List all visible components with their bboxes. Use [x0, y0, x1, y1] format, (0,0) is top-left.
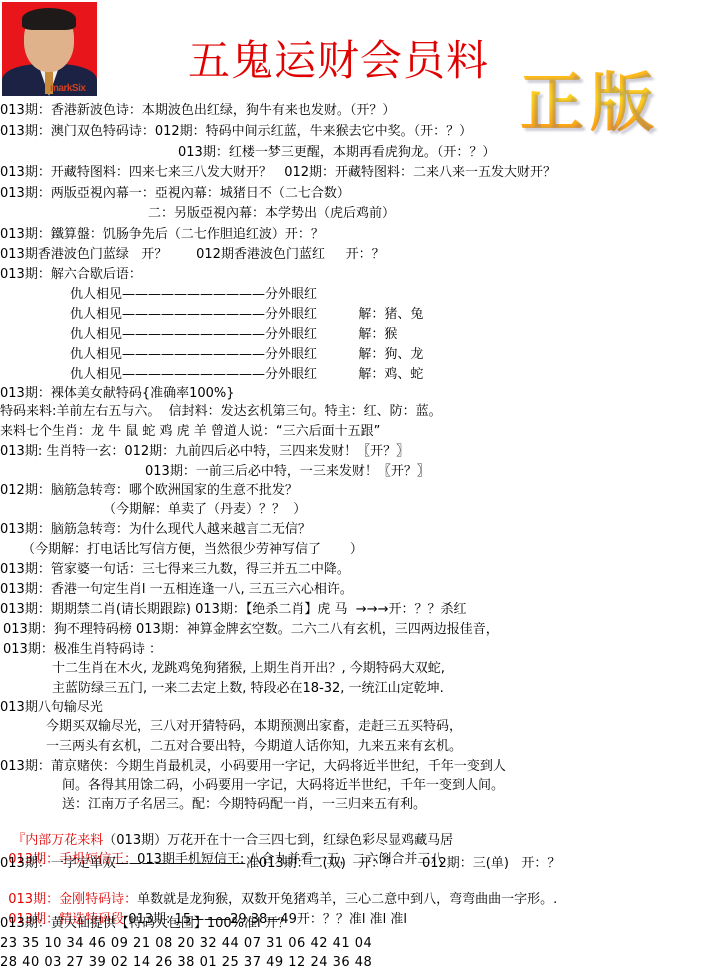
text-line: 013期：红楼一梦三更醒，本期再看虎狗龙。（开：？） [178, 145, 495, 161]
text-line: 送：江南万子名居三。配：今期特码配一肖，一三归来五有利。 [62, 797, 426, 813]
text-line: 013期：裸体美女献特码{准确率100%} [0, 386, 235, 402]
text-line: 013期：管家婆一句话：三七得来三九数，得三并五二中降。 [0, 562, 350, 578]
text-line: 仇人相见———————————分外眼红 解：猪、兔 [70, 307, 423, 323]
line-wong-tai-sin: 013期：黄大仙提供【特码大包围】100%准l 开？ [0, 916, 291, 932]
text-line: 013期：开藏特图料：四来七来三八发大财开？ 012期：开藏特图料：二来八来一五… [0, 165, 556, 181]
text-line: 一三两头有玄机，二五对合要出特，今期道人话你知，九来五来有玄机。 [46, 739, 462, 755]
text-line: 013期：极准生肖特码诗 ： [3, 642, 162, 658]
text-line: 十二生肖在木火, 龙跳鸡兔狗猪猴, 上期生肖开出？, 今期特码大双蛇, [52, 661, 445, 677]
text-line: 二：另版亞視內幕：本学势出（虎后鸡前） [148, 206, 395, 222]
text-line: 012期：脑筋急转弯：哪个欧洲国家的生意不批发？ [0, 483, 298, 499]
text-line: 间。各得其用馀二码，小码要用一字记，大码将近半世纪，千年一变到人间。 [62, 778, 504, 794]
header-portrait-photo: markSix [2, 2, 97, 96]
number-row: 23 35 10 34 46 09 21 08 20 32 44 07 31 0… [0, 936, 372, 952]
text-line: 013期：一前三后必中特，一三来发财！〖开？〗 [145, 464, 430, 480]
text-line: 013期：期期禁二肖(请长期跟踪) 013期：【绝杀二肖】虎 马 →→→开：？？… [0, 602, 466, 618]
text-line: 仇人相见———————————分外眼红 解：狗、龙 [70, 347, 423, 363]
text-line: 主蓝防绿三五门, 一来二去定上数, 特段必在18-32, 一统江山定乾坤. [52, 681, 444, 697]
text-line: 013期：莆京赌侠：今期生肖最机灵，小码要用一字记，大码将近半世纪，千年一变到人 [0, 759, 506, 775]
text-line: 来料七个生肖：龙 牛 鼠 蛇 鸡 虎 羊 曾道人说：“三六后面十五跟” [0, 424, 380, 440]
text-line: 仇人相见———————————分外眼红 解：猴 [70, 327, 397, 343]
text-line: 013期香港波色门蓝绿 开？ 012期香港波色门蓝红 开：？ [0, 247, 385, 263]
text-line: 013期八句输尽光 [0, 700, 103, 716]
text-line: 特码来料:羊前左右五与六。 信封料：发达玄机第三句。特主：红、防：蓝。 [0, 404, 442, 420]
text-line: 013期：香港一句定生肖l 一五相连逢一八, 三五三六心相许。 [0, 582, 353, 598]
text-line: 今期买双输尽光，三八对开猜特码，本期预测出家畜，走赶三五买特码， [46, 719, 462, 735]
number-row: 28 40 03 27 39 02 14 26 38 01 25 37 49 1… [0, 955, 372, 969]
line-odd-even: 013期：一字定单双——————————准013期：二(双) 开：？ 012期：… [0, 856, 560, 872]
text-line: （今期解：单卖了（丹麦）？？ ） [103, 502, 306, 518]
text-line: 013期：澳门双色特码诗：012期：特码中间示红蓝，牛来猴去它中奖。（开：？） [0, 124, 472, 140]
text-line: 013期: 生肖特一玄：012期：九前四后必中特，三四来发财！〖开？〗 [0, 444, 409, 460]
marksix-logo: markSix [50, 83, 85, 94]
text-line: 013期：解六合歇后语： [0, 267, 142, 283]
page-title: 五鬼运财会员料 [188, 28, 489, 88]
authentic-badge: 正版 [520, 52, 660, 144]
text-line: 013期：狗不理特码榜 013期：神算金牌玄空数。二六二八有玄机，三四两边报佳音… [3, 622, 499, 638]
text-line: （今期解：打电话比写信方便，当然很少劳神写信了 ） [22, 542, 363, 558]
portrait-hair [22, 8, 76, 30]
text-line: 013期：香港新波色诗：本期波色出红绿，狗牛有来也发财。（开？） [0, 103, 395, 119]
text-line: 013期：脑筋急转弯：为什么现代人越来越言二无信？ [0, 522, 311, 538]
text-line: 仇人相见———————————分外眼红 [70, 287, 317, 303]
text-line: 仇人相见———————————分外眼红 解：鸡、蛇 [70, 367, 423, 383]
text-line: 013期：鐵算盤：饥肠争先后（二七作胆追红波）开：？ [0, 227, 324, 243]
text-line: 013期：两版亞視內幕一：亞視內幕：城猪日不（二七合数） [0, 186, 350, 202]
